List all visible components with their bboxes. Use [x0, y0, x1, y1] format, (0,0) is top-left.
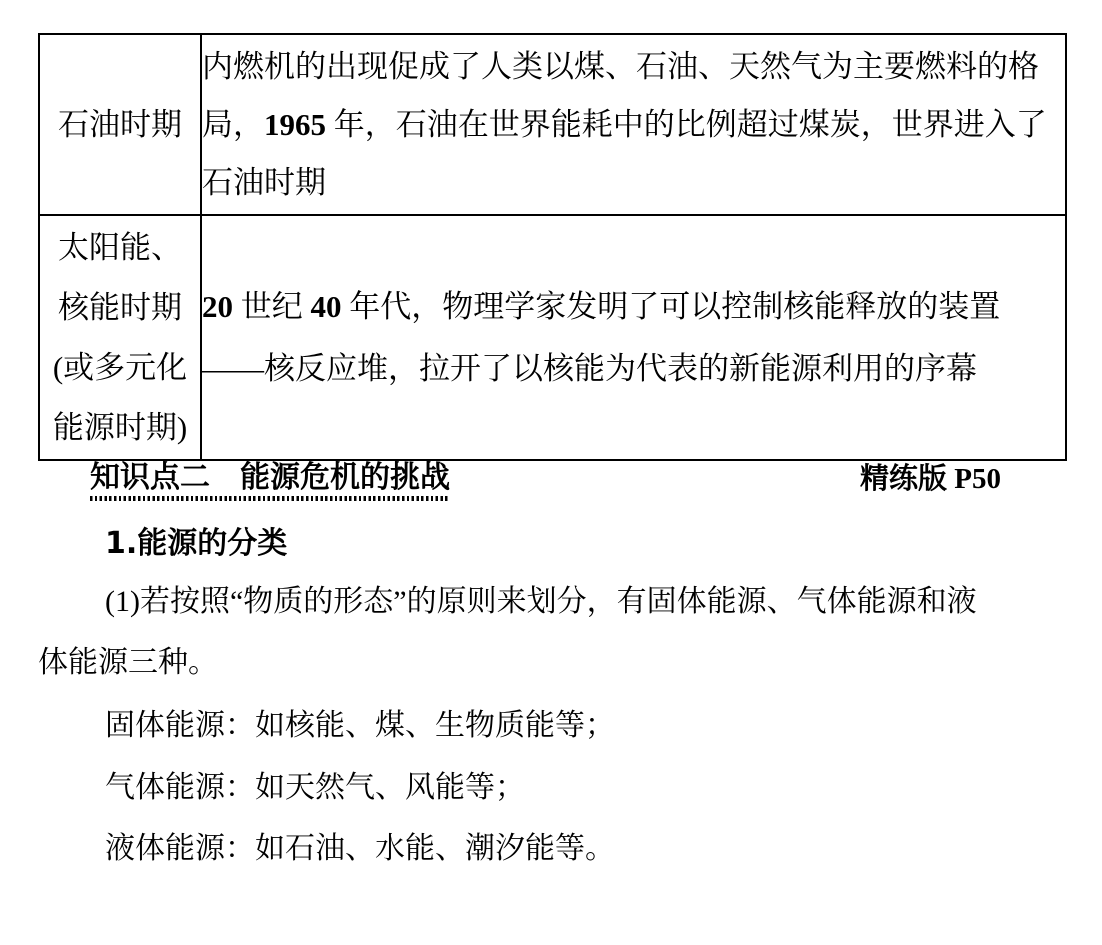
list-item-gas-energy: 气体能源：如天然气、风能等； — [105, 771, 525, 805]
energy-era-table: 石油时期 内燃机的出现促成了人类以煤、石油、天然气为主要燃料的格 局，1965 … — [38, 33, 1067, 461]
era-description-line: 局，1965 年，石油在世界能耗中的比例超过煤炭，世界进入了 — [202, 96, 1065, 154]
era-name-line: 核能时期 — [40, 278, 200, 338]
era-name-cell: 石油时期 — [39, 34, 201, 215]
era-name-cell: 太阳能、 核能时期 (或多元化 能源时期) — [39, 215, 201, 460]
list-item-liquid-energy: 液体能源：如石油、水能、潮汐能等。 — [105, 832, 615, 866]
knowledge-point-heading: 知识点二 能源危机的挑战 — [90, 462, 450, 501]
era-description-cell: 内燃机的出现促成了人类以煤、石油、天然气为主要燃料的格 局，1965 年，石油在… — [201, 34, 1066, 215]
era-description-line: 石油时期 — [202, 154, 1065, 212]
practice-book-page-ref: 精练版 P50 — [860, 464, 1001, 495]
document-page: 石油时期 内燃机的出现促成了人类以煤、石油、天然气为主要燃料的格 局，1965 … — [0, 0, 1102, 945]
era-description-cell: 20 世纪 40 年代，物理学家发明了可以控制核能释放的装置 ——核反应堆，拉开… — [201, 215, 1066, 460]
era-description-line: ——核反应堆，拉开了以核能为代表的新能源利用的序幕 — [202, 338, 1065, 400]
paragraph-line: (1)若按照“物质的形态”的原则来划分，有固体能源、气体能源和液 — [105, 585, 977, 619]
subheading-energy-classification: 1.能源的分类 — [105, 527, 287, 560]
era-name-line: (或多元化 — [40, 338, 200, 398]
era-description-line: 20 世纪 40 年代，物理学家发明了可以控制核能释放的装置 — [202, 276, 1065, 338]
era-name-line: 石油时期 — [40, 109, 200, 140]
era-name-line: 能源时期) — [40, 398, 200, 458]
list-item-solid-energy: 固体能源：如核能、煤、生物质能等； — [105, 709, 615, 743]
era-row-solar-nuclear: 太阳能、 核能时期 (或多元化 能源时期) 20 世纪 40 年代，物理学家发明… — [39, 215, 1066, 460]
paragraph-line: 体能源三种。 — [38, 646, 218, 680]
era-row-oil: 石油时期 内燃机的出现促成了人类以煤、石油、天然气为主要燃料的格 局，1965 … — [39, 34, 1066, 215]
era-name-line: 太阳能、 — [40, 218, 200, 278]
era-description-line: 内燃机的出现促成了人类以煤、石油、天然气为主要燃料的格 — [202, 38, 1065, 96]
